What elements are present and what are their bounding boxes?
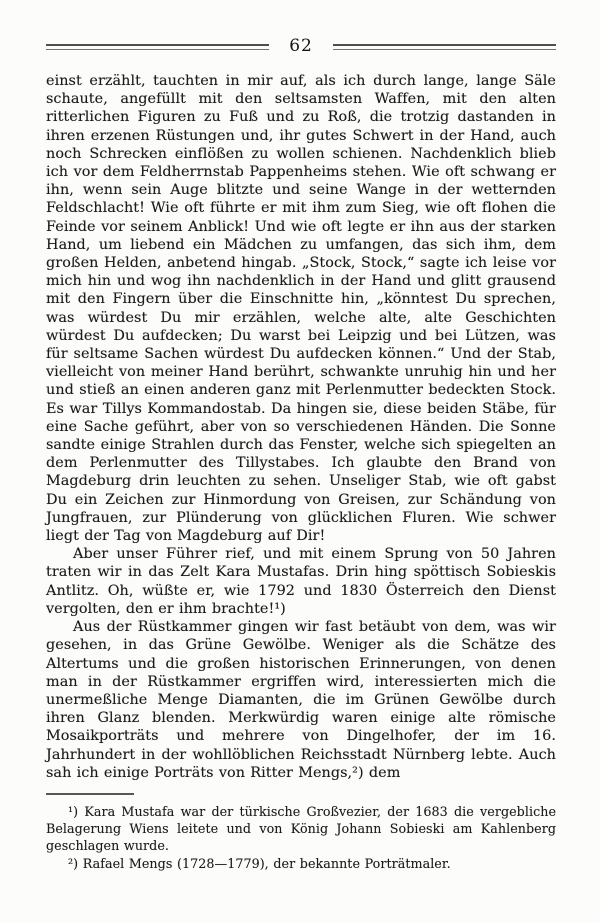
- page-number: 62: [281, 38, 321, 55]
- body-paragraph: Aber unser Führer rief, und mit einem Sp…: [46, 545, 556, 618]
- book-page: 62 einst erzählt, tauchten in mir auf, a…: [0, 0, 600, 923]
- footnote-separator-rule: [46, 793, 134, 795]
- body-paragraph: einst erzählt, tauchten in mir auf, als …: [46, 72, 556, 545]
- header-rule-right: [333, 44, 556, 50]
- body-text-block: einst erzählt, tauchten in mir auf, als …: [46, 72, 556, 782]
- footnote: ¹) Kara Mustafa war der türkische Großve…: [46, 803, 556, 855]
- footnote-block: ¹) Kara Mustafa war der türkische Großve…: [46, 803, 556, 872]
- running-head: 62: [46, 38, 556, 55]
- body-paragraph: Aus der Rüstkammer gingen wir fast betäu…: [46, 618, 556, 782]
- header-rule-left: [46, 44, 269, 50]
- footnote: ²) Rafael Mengs (1728—1779), der bekannt…: [46, 855, 556, 872]
